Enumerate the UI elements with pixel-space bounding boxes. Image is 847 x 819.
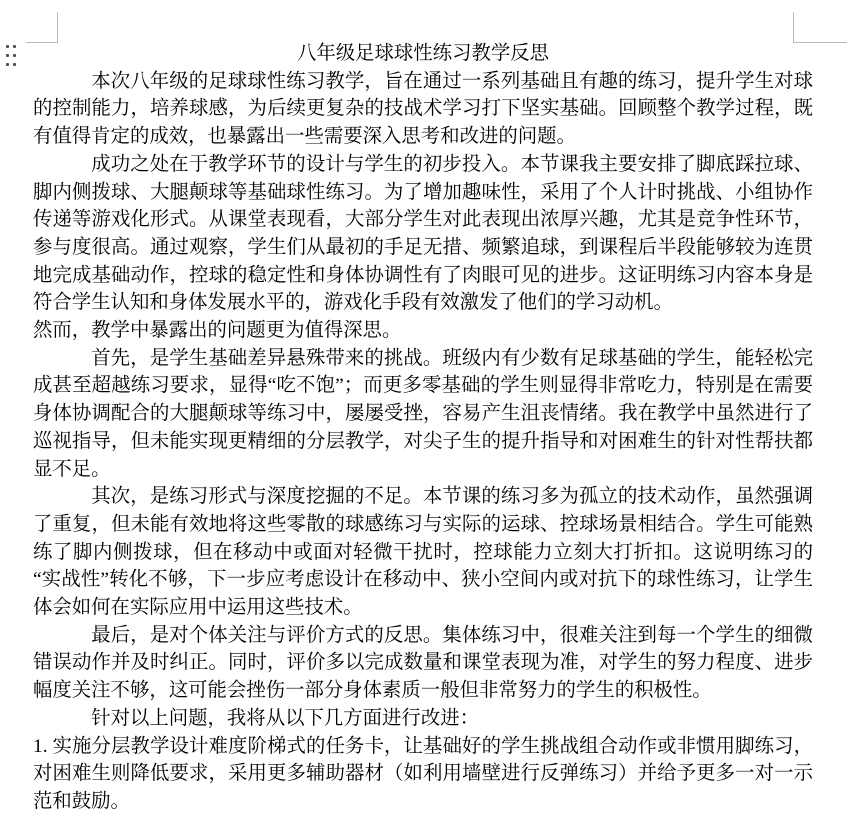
margin-mark-top-left [26,12,58,43]
doc-paragraph[interactable]: 其次，是练习形式与深度挖掘的不足。本节课的练习多为孤立的技术动作，虽然强调了重复… [33,483,813,622]
doc-paragraph[interactable]: 成功之处在于教学环节的设计与学生的初步投入。本节课我主要安排了脚底踩拉球、脚内侧… [33,151,813,317]
doc-paragraph[interactable]: 然而，教学中暴露出的问题更为值得深思。 [33,317,813,345]
handle-dot [6,63,9,66]
handle-dot [6,54,9,57]
margin-mark-top-right [793,12,847,43]
doc-paragraph[interactable]: 最后，是对个体关注与评价方式的反思。集体练习中，很难关注到每一个学生的细微错误动… [33,622,813,705]
doc-paragraph[interactable]: 本次八年级的足球球性练习教学，旨在通过一系列基础且有趣的练习，提升学生对球的控制… [33,68,813,151]
doc-paragraph[interactable]: 首先，是学生基础差异悬殊带来的挑战。班级内有少数有足球基础的学生，能轻松完成甚至… [33,345,813,484]
document-body[interactable]: 八年级足球球性练习教学反思 本次八年级的足球球性练习教学，旨在通过一系列基础且有… [33,40,813,816]
doc-paragraph[interactable]: 针对以上问题，我将从以下几方面进行改进： [33,705,813,733]
drag-handle-icon[interactable] [6,45,16,66]
doc-paragraph[interactable]: 1. 实施分层教学设计难度阶梯式的任务卡，让基础好的学生挑战组合动作或非惯用脚练… [33,733,813,816]
document-page: 八年级足球球性练习教学反思 本次八年级的足球球性练习教学，旨在通过一系列基础且有… [0,0,847,819]
handle-dot [13,63,16,66]
handle-dot [13,54,16,57]
handle-dot [13,45,16,48]
doc-title[interactable]: 八年级足球球性练习教学反思 [33,40,813,68]
handle-dot [6,45,9,48]
